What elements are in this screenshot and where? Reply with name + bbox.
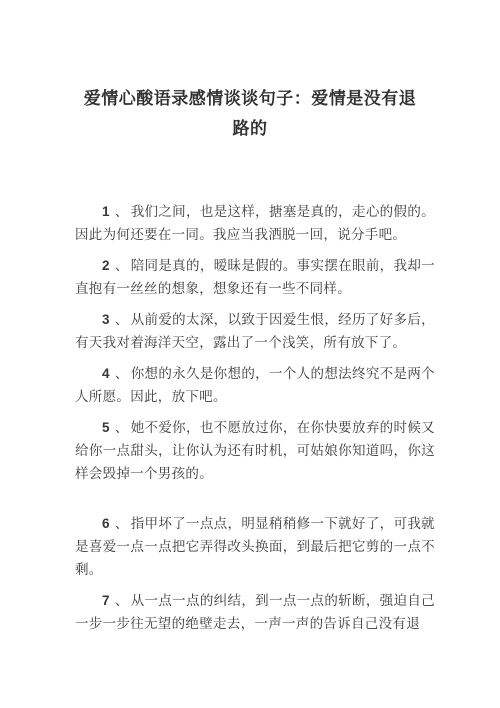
paragraph-4: 4、你想的永久是你想的，一个人的想法终究不是两个人所愿。因此，放下吧。 — [75, 362, 435, 408]
paragraph-3-number: 3 — [102, 312, 110, 327]
paragraph-5-number: 5 — [102, 420, 110, 435]
paragraph-7-number: 7 — [102, 593, 110, 608]
list-separator: 、 — [115, 516, 129, 531]
paragraph-3-text: 从前爱的太深，以致于因爱生恨，经历了好多后，有天我对着海洋天空，露出了一个浅笑，… — [75, 312, 435, 350]
paragraph-1-text: 我们之间，也是这样，搪塞是真的，走心的假的。因此为何还要在一同。我应当我洒脱一回… — [75, 204, 435, 242]
list-separator: 、 — [115, 366, 129, 381]
document-body: 1、我们之间，也是这样，搪塞是真的，走心的假的。因此为何还要在一同。我应当我洒脱… — [75, 200, 435, 635]
paragraph-1: 1、我们之间，也是这样，搪塞是真的，走心的假的。因此为何还要在一同。我应当我洒脱… — [75, 200, 435, 246]
list-separator: 、 — [115, 593, 129, 608]
list-separator: 、 — [115, 420, 129, 435]
list-separator: 、 — [115, 204, 129, 219]
document-title-line-1: 爱情心酸语录感情谈谈句子：爱情是没有退 — [84, 89, 417, 108]
paragraph-6: 6、指甲坏了一点点，明显稍稍修一下就好了，可我就是喜爱一点一点把它弄得改头换面，… — [75, 512, 435, 581]
paragraph-2-text: 陪同是真的，暧昧是假的。事实摆在眼前，我却一直抱有一丝丝的想象，想象还有一些不同… — [75, 258, 435, 296]
document-page: 爱情心酸语录感情谈谈句子：爱情是没有退 路的 1、我们之间，也是这样，搪塞是真的… — [0, 0, 500, 708]
paragraph-6-number: 6 — [102, 516, 110, 531]
paragraph-4-number: 4 — [102, 366, 110, 381]
paragraph-7-text: 从一点一点的纠结，到一点一点的斩断，强迫自己一步一步往无望的绝壁走去，一声一声的… — [75, 593, 435, 631]
list-separator: 、 — [115, 312, 129, 327]
paragraph-3: 3、从前爱的太深，以致于因爱生恨，经历了好多后，有天我对着海洋天空，露出了一个浅… — [75, 308, 435, 354]
paragraph-7: 7、从一点一点的纠结，到一点一点的斩断，强迫自己一步一步往无望的绝壁走去，一声一… — [75, 589, 435, 635]
document-title: 爱情心酸语录感情谈谈句子：爱情是没有退 路的 — [70, 84, 430, 144]
paragraph-2: 2、陪同是真的，暧昧是假的。事实摆在眼前，我却一直抱有一丝丝的想象，想象还有一些… — [75, 254, 435, 300]
paragraph-2-number: 2 — [102, 258, 110, 273]
paragraph-6-text: 指甲坏了一点点，明显稍稍修一下就好了，可我就是喜爱一点一点把它弄得改头换面，到最… — [75, 516, 435, 577]
document-title-line-2: 路的 — [233, 119, 268, 138]
paragraph-5-text: 她不爱你，也不愿放过你，在你快要放弃的时候又给你一点甜头，让你认为还有时机，可姑… — [75, 420, 435, 481]
paragraph-4-text: 你想的永久是你想的，一个人的想法终究不是两个人所愿。因此，放下吧。 — [75, 366, 435, 404]
paragraph-5: 5、她不爱你，也不愿放过你，在你快要放弃的时候又给你一点甜头，让你认为还有时机，… — [75, 416, 435, 485]
paragraph-1-number: 1 — [102, 204, 110, 219]
list-separator: 、 — [115, 258, 129, 273]
